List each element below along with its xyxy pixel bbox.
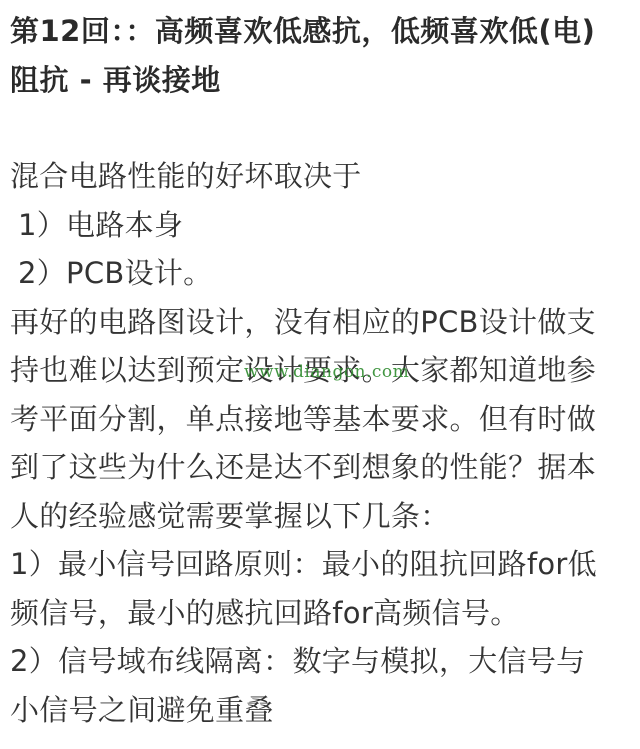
rule-2-line: 2）信号域布线隔离：数字与模拟，大信号与 bbox=[10, 637, 640, 686]
rule-1-line: 1）最小信号回路原则：最小的阻抗回路for低 bbox=[10, 540, 640, 589]
paragraph-line: 再好的电路图设计，没有相应的PCB设计做支 bbox=[10, 298, 640, 347]
article-title: 第12回：：高频喜欢低感抗，低频喜欢低(电) 阻抗 - 再谈接地 bbox=[10, 8, 635, 105]
body-line-intro: 混合电路性能的好坏取决于 bbox=[10, 152, 640, 201]
rule-1-line: 频信号，最小的感抗回路for高频信号。 bbox=[10, 589, 640, 638]
rule-2-line: 小信号之间避免重叠 bbox=[10, 686, 640, 735]
list-item-1: 1）电路本身 bbox=[10, 201, 640, 250]
title-line-2: 阻抗 - 再谈接地 bbox=[10, 57, 635, 106]
paragraph-line: 人的经验感觉需要掌握以下几条： bbox=[10, 492, 640, 541]
title-line-1: 第12回：：高频喜欢低感抗，低频喜欢低(电) bbox=[10, 8, 635, 57]
paragraph-line: 考平面分割，单点接地等基本要求。但有时做 bbox=[10, 395, 640, 444]
list-item-2: 2）PCB设计。 bbox=[10, 249, 640, 298]
paragraph-line: 到了这些为什么还是达不到想象的性能？据本 bbox=[10, 443, 640, 492]
watermark: www.diangon.com bbox=[244, 362, 409, 382]
article-body: 混合电路性能的好坏取决于 1）电路本身 2）PCB设计。 再好的电路图设计，没有… bbox=[10, 152, 640, 734]
